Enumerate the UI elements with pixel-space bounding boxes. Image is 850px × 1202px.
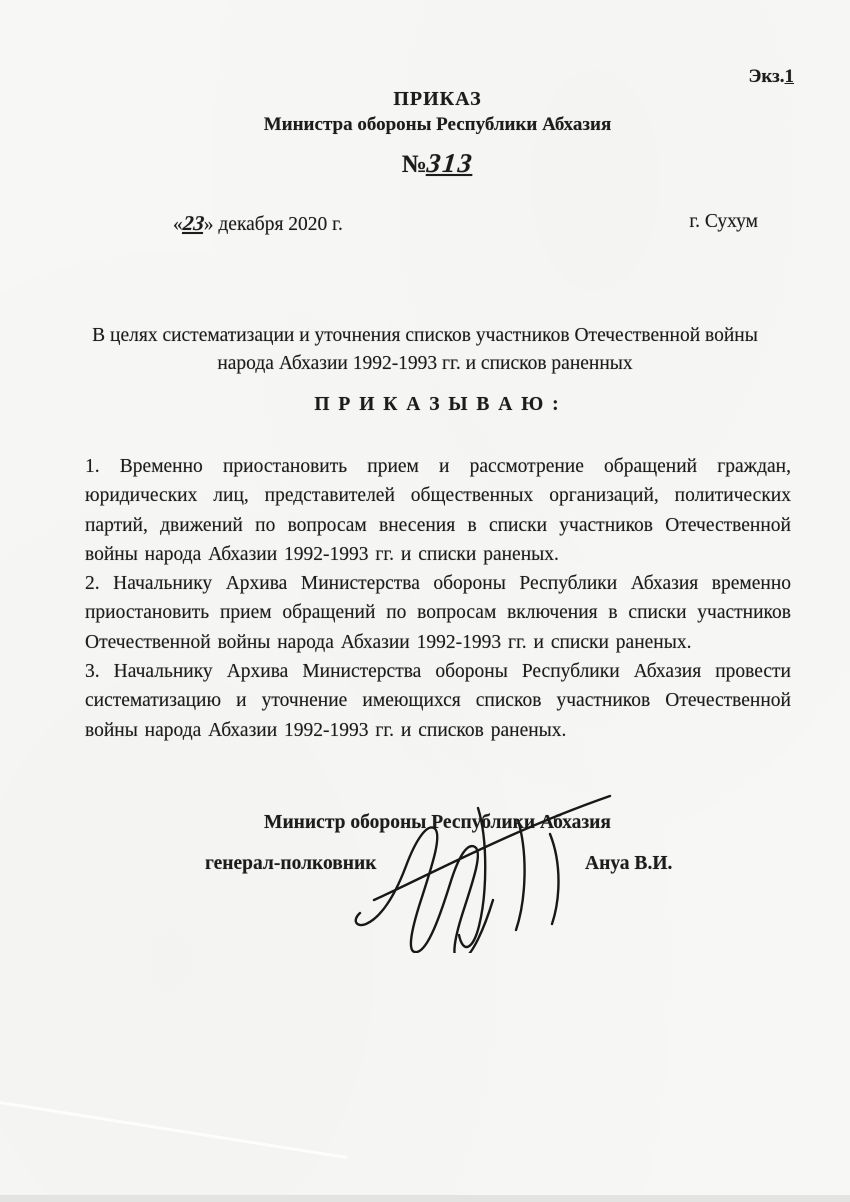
copy-label: Экз.1: [749, 66, 794, 88]
order-item-2: 2. Начальнику Архива Министерства оборон…: [85, 569, 791, 657]
document-number-sign: №: [402, 151, 427, 178]
date-place-row: «23» декабря 2020 г. г. Сухум: [85, 211, 790, 236]
signature-scribble: [352, 778, 622, 953]
preamble-text: В целях систематизации и уточнения списк…: [92, 322, 758, 378]
order-item-3: 3. Начальнику Архива Министерства оборон…: [85, 657, 791, 745]
paper-crease: [0, 1100, 348, 1159]
document-place: г. Сухум: [689, 211, 758, 236]
order-item-1: 1. Временно приостановить прием и рассмо…: [85, 452, 791, 569]
document-number: №313: [85, 148, 790, 179]
document-number-value-handwritten: 313: [425, 148, 475, 179]
document-date: «23» декабря 2020 г.: [173, 211, 343, 236]
document-subtitle: Министра обороны Республики Абхазия: [85, 114, 790, 136]
copy-label-prefix: Экз.: [749, 66, 785, 87]
document-title: ПРИКАЗ: [85, 88, 790, 111]
signature-rank: генерал-полковник: [205, 853, 377, 875]
order-heading: П Р И К А З Ы В А Ю :: [85, 394, 790, 416]
scan-edge-strip: [0, 1195, 850, 1202]
order-items: 1. Временно приостановить прием и рассмо…: [85, 452, 791, 745]
date-rest: » декабря 2020 г.: [204, 214, 343, 235]
date-day-handwritten: 23: [181, 211, 205, 236]
scanned-order-document: Экз.1 ПРИКАЗ Министра обороны Республики…: [0, 0, 850, 1202]
copy-label-number: 1: [785, 66, 795, 87]
